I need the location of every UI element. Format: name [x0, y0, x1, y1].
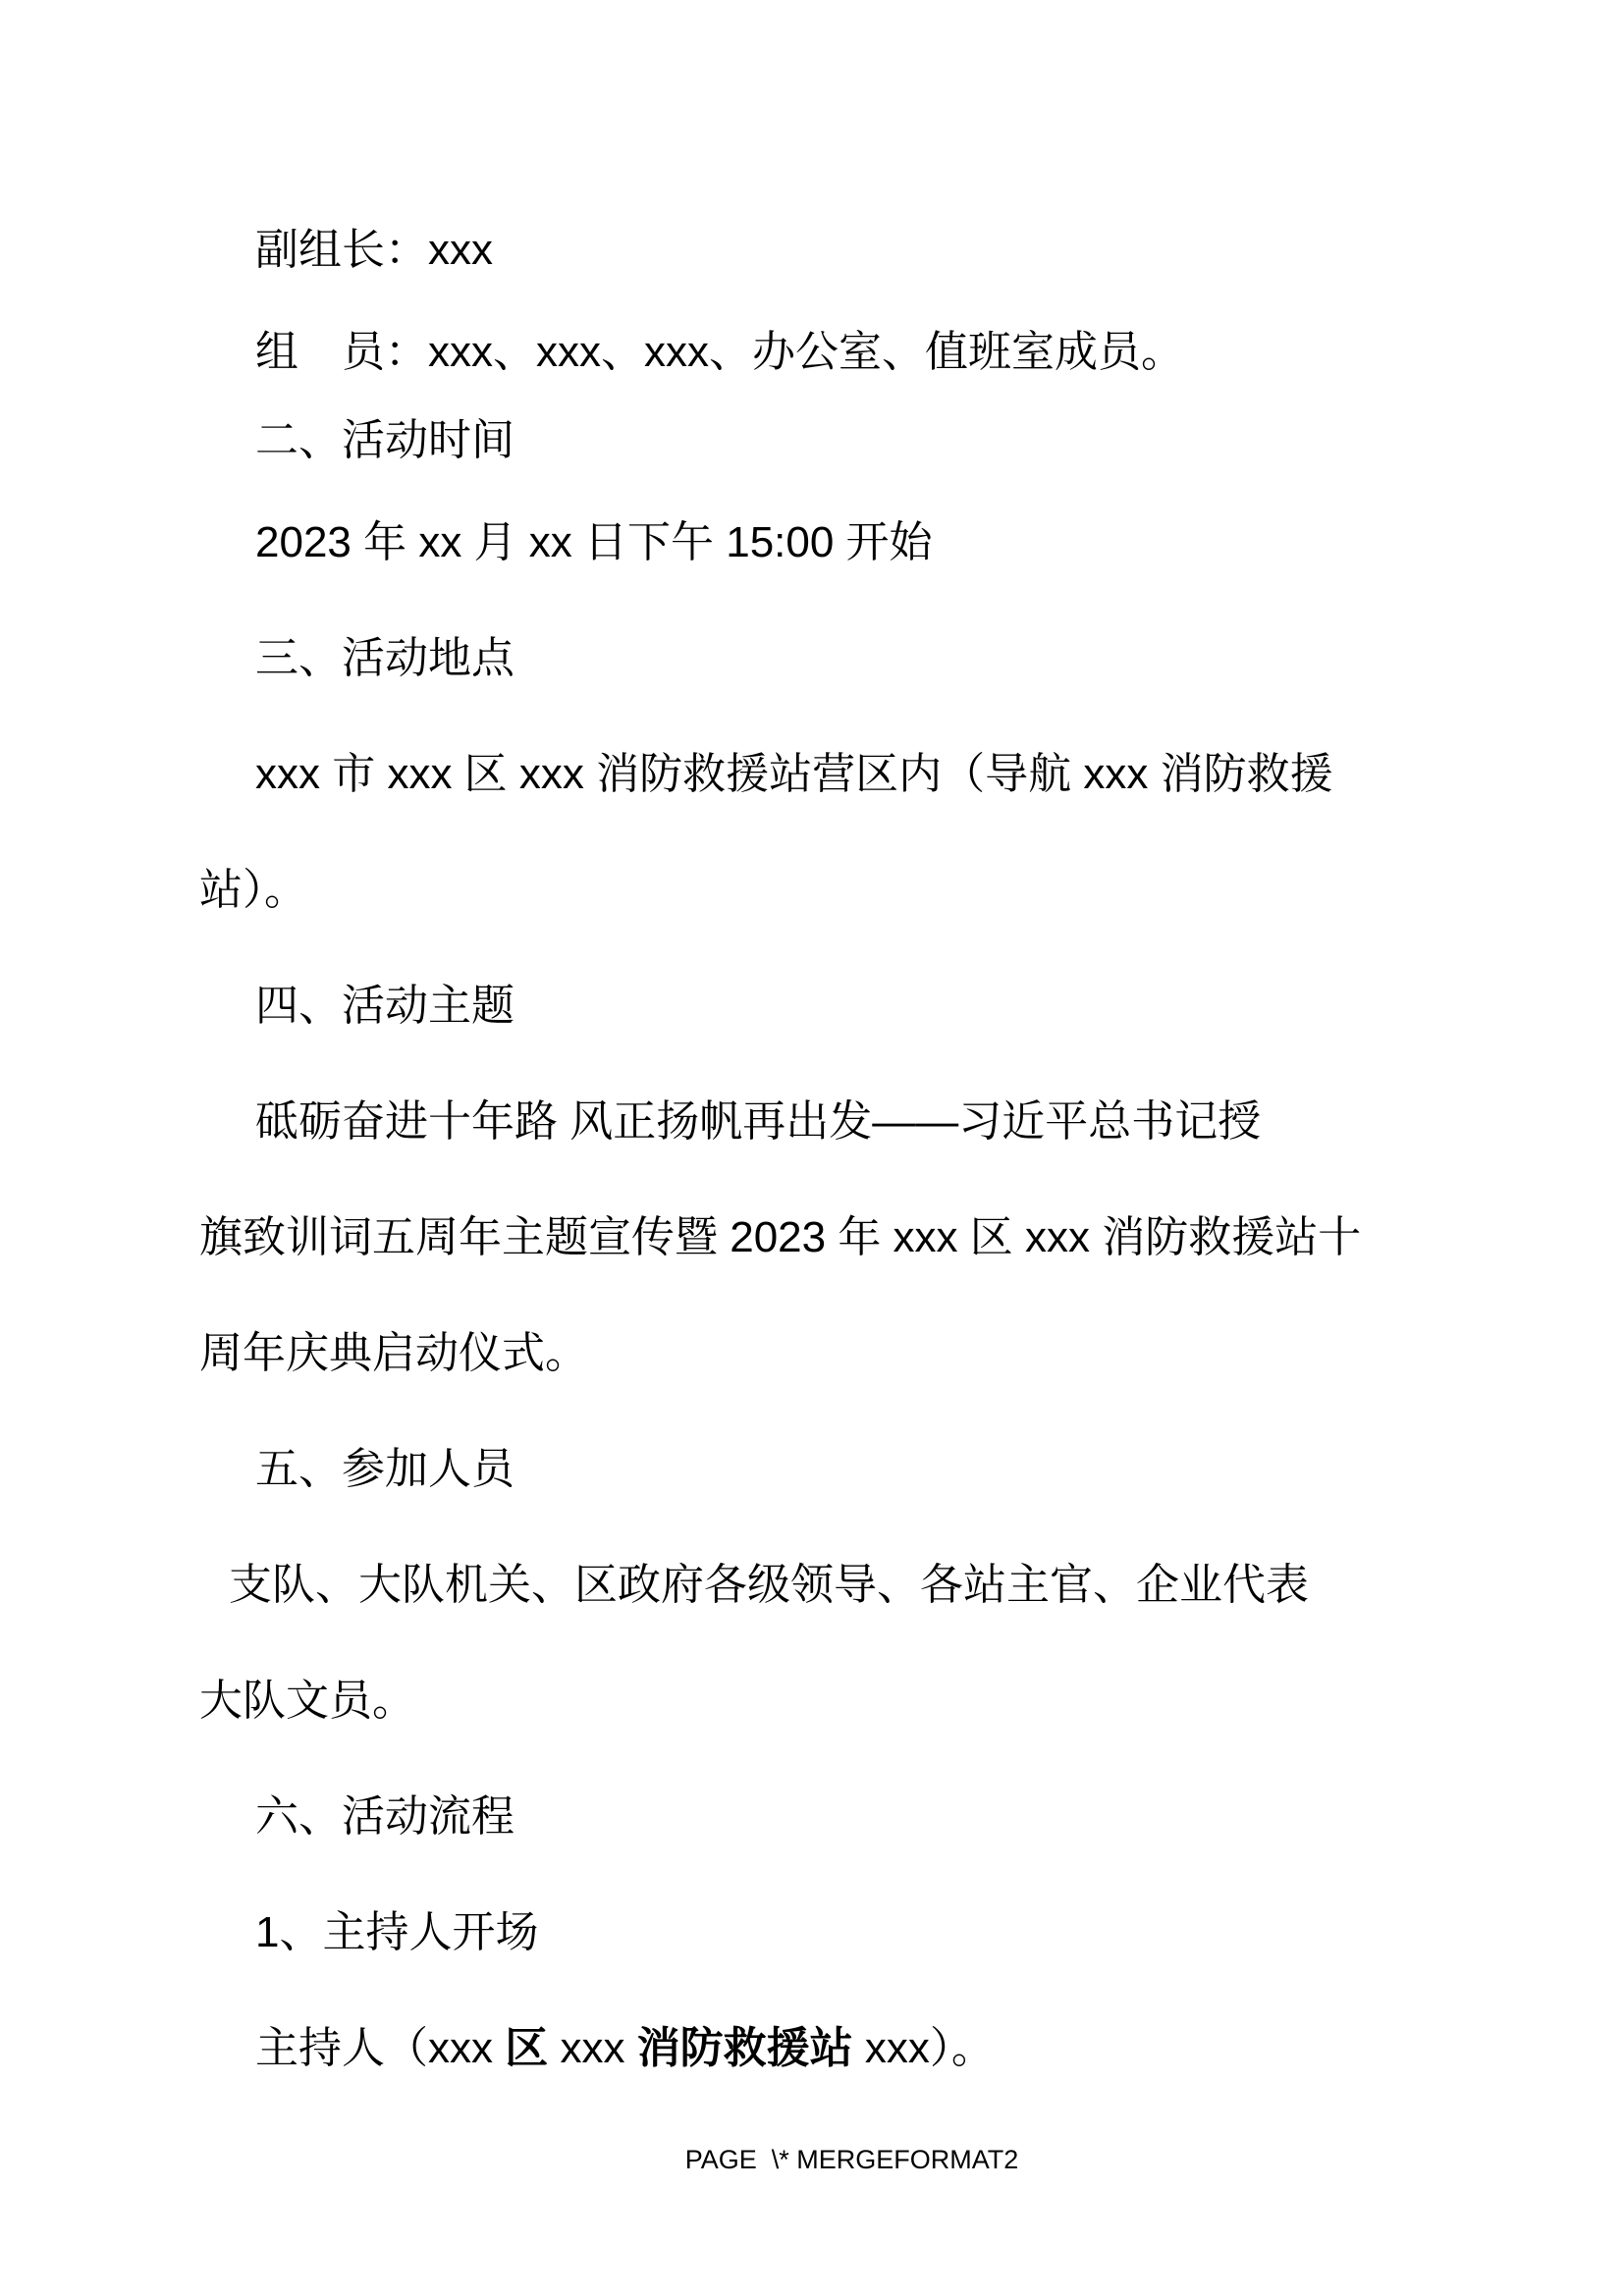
text-line: 二、活动时间: [199, 397, 1428, 485]
text-segment: 1、主持人开场: [255, 1908, 538, 1956]
text-segment: 主持人（xxx: [255, 2024, 505, 2072]
text-line: 组 员：xxx、xxx、xxx、办公室、值班室成员。: [199, 308, 1428, 397]
text-line: 大队文员。: [199, 1643, 1428, 1759]
text-line: 六、活动流程: [199, 1759, 1428, 1875]
text-segment: 支队、大队机关、区政府各级领导、各站主官、企业代表: [229, 1561, 1309, 1609]
text-line: 主持人（xxx 区 xxx 消防救援站 xxx）。: [199, 1991, 1428, 2107]
text-segment: 站）。: [199, 866, 307, 914]
text-line: 1、主持人开场: [199, 1875, 1428, 1991]
text-segment: 五、参加人员: [255, 1445, 514, 1493]
text-line: 副组长：xxx: [199, 192, 1428, 308]
text-line: 三、活动地点: [199, 601, 1428, 717]
text-line: 支队、大队机关、区政府各级领导、各站主官、企业代表: [199, 1527, 1428, 1643]
text-segment: 大队文员。: [199, 1677, 415, 1725]
text-line: 站）。: [199, 832, 1428, 948]
text-segment: 砥砺奋进十年路 风正扬帆再出发——习近平总书记授: [255, 1097, 1261, 1146]
text-segment: 2023 年 xx 月 xx 日下午 15:00 开始: [255, 518, 933, 566]
text-segment: 二、活动时间: [255, 416, 514, 464]
text-segment: xxx: [548, 2024, 636, 2072]
document-body: 副组长：xxx组 员：xxx、xxx、xxx、办公室、值班室成员。二、活动时间2…: [199, 192, 1428, 2107]
text-segment: 旗致训词五周年主题宣传暨 2023 年 xxx 区 xxx 消防救援站十: [199, 1213, 1361, 1261]
bold-text-segment: 区: [505, 2024, 548, 2072]
text-line: 周年庆典启动仪式。: [199, 1296, 1428, 1412]
text-line: 2023 年 xx 月 xx 日下午 15:00 开始: [199, 485, 1428, 601]
text-line: 砥砺奋进十年路 风正扬帆再出发——习近平总书记授: [199, 1064, 1428, 1180]
page-number-field: PAGE \* MERGEFORMAT2: [685, 2145, 1019, 2174]
text-segment: 周年庆典启动仪式。: [199, 1329, 588, 1377]
text-segment: xxx）。: [853, 2024, 995, 2072]
text-line: 五、参加人员: [199, 1412, 1428, 1527]
page-footer: PAGE \* MERGEFORMAT2: [223, 2107, 1451, 2213]
text-segment: 六、活动流程: [255, 1792, 514, 1841]
document-page: 副组长：xxx组 员：xxx、xxx、xxx、办公室、值班室成员。二、活动时间2…: [0, 0, 1624, 2296]
text-segment: 三、活动地点: [255, 634, 514, 682]
text-segment: 副组长：xxx: [255, 226, 493, 274]
text-segment: 四、活动主题: [255, 982, 514, 1030]
text-line: xxx 市 xxx 区 xxx 消防救援站营区内（导航 xxx 消防救援: [199, 717, 1428, 832]
bold-text-segment: 消防救援站: [637, 2024, 853, 2072]
text-line: 四、活动主题: [199, 948, 1428, 1064]
text-line: 旗致训词五周年主题宣传暨 2023 年 xxx 区 xxx 消防救援站十: [199, 1180, 1428, 1296]
text-segment: xxx 市 xxx 区 xxx 消防救援站营区内（导航 xxx 消防救援: [255, 750, 1333, 798]
text-segment: 组 员：xxx、xxx、xxx、办公室、值班室成员。: [255, 328, 1184, 376]
